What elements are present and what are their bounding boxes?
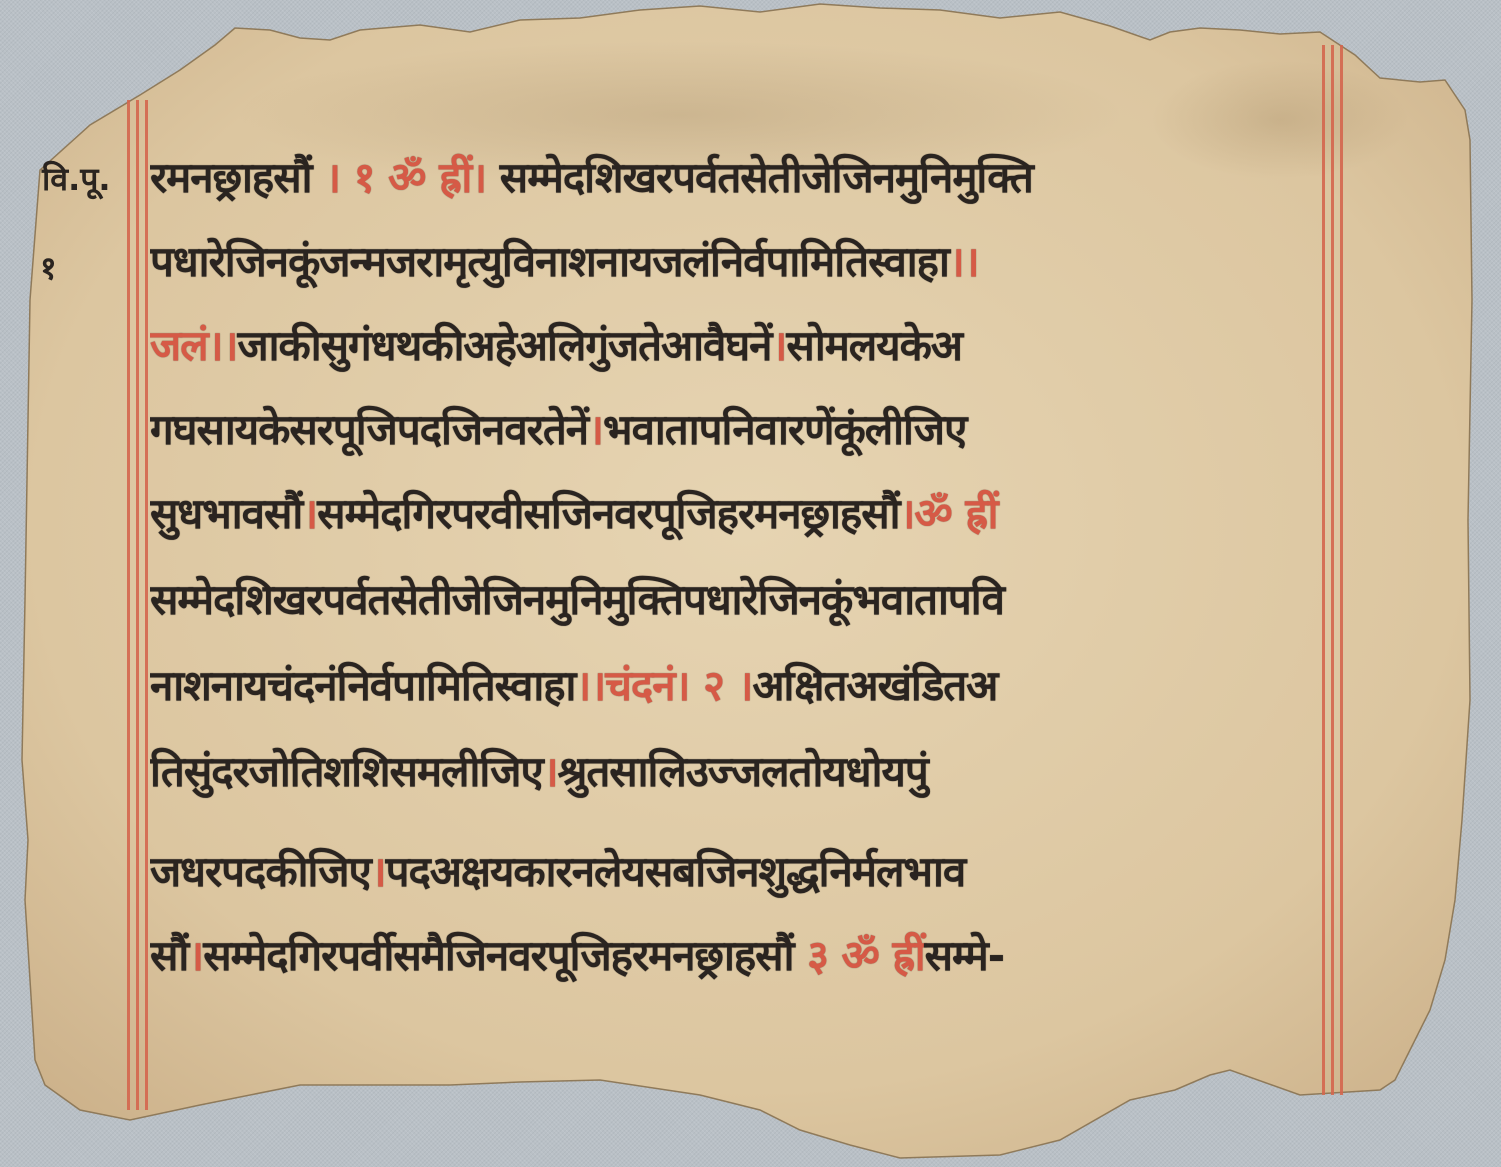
text-segment: गघसायकेसरपूजिपदजिनवरतेनें: [150, 405, 588, 454]
verse-number: । १: [325, 153, 388, 202]
rubric-om-hrim: ।ॐ ह्रीं: [899, 489, 997, 538]
text-segment: सौं: [150, 931, 188, 980]
right-border-rule: [1340, 45, 1343, 1095]
folio-number: १: [40, 246, 57, 289]
manuscript-folio: वि.पू. १ रमनछ्राहसौं । १ ॐ ह्रीं। सम्मेद…: [0, 0, 1501, 1167]
danda: ।: [371, 847, 386, 896]
text-segment: पधारेजिनकूंजन्मजरामृत्युविनाशनायजलंनिर्व…: [150, 237, 949, 286]
danda: ।: [588, 405, 603, 454]
text-segment: सुधभावसौं: [150, 489, 302, 538]
text-segment: जाकीसुगंधथकीअहेअलिगुंजतेआवैघनें: [237, 321, 771, 370]
text-segment: सम्मेदशिखरपर्वतसेतीजेजिनमुनिमुक्तिपधारेज…: [150, 575, 1004, 624]
text-line-2: पधारेजिनकूंजन्मजरामृत्युविनाशनायजलंनिर्व…: [150, 232, 1330, 292]
folio-title: वि.पू.: [42, 157, 111, 200]
text-segment: नाशनायचंदनंनिर्वपामितिस्वाहा: [150, 661, 575, 710]
danda: ।: [471, 153, 500, 202]
text-line-6: सम्मेदशिखरपर्वतसेतीजेजिनमुनिमुक्तिपधारेज…: [150, 570, 1330, 630]
right-border-rule: [1331, 45, 1334, 1095]
double-danda: ।।: [949, 237, 979, 286]
left-border-rule: [136, 100, 139, 1110]
text-line-3: जलं।।जाकीसुगंधथकीअहेअलिगुंजतेआवैघनें।सोम…: [150, 316, 1330, 376]
text-segment: जधरपदकीजिए: [150, 847, 371, 896]
text-segment: पदअक्षयकारनलेयसबजिनशुद्धनिर्मलभाव: [386, 847, 966, 896]
danda: ।: [772, 321, 787, 370]
text-segment: तिसुंदरजोतिशशिसमलीजिए: [150, 747, 543, 796]
rubric-jalam: जलं: [150, 321, 208, 370]
double-danda: ।।: [208, 321, 238, 370]
text-segment: सम्मेदगिरपर्वीसमैजिनवरपूजिहरमनछ्राहसौं: [203, 931, 793, 980]
text-segment: भवातापनिवारणेंकूंलीजिए: [603, 405, 966, 454]
text-segment: अक्षितअखंडितअ: [752, 661, 997, 710]
text-line-9: जधरपदकीजिए।पदअक्षयकारनलेयसबजिनशुद्धनिर्म…: [150, 842, 1330, 902]
text-line-8: तिसुंदरजोतिशशिसमलीजिए।श्रुतसालिउज्जलतोयध…: [150, 742, 1330, 802]
text-segment: सोमलयकेअ: [786, 321, 962, 370]
text-segment: सम्मेदगिरपरवीसजिनवरपूजिहरमनछ्राहसौं: [317, 489, 899, 538]
rubric-om-hrim: ॐ ह्रीं: [388, 153, 471, 202]
text-segment: सम्मे-: [925, 931, 1005, 980]
text-line-10: सौं।सम्मेदगिरपर्वीसमैजिनवरपूजिहरमनछ्राहस…: [150, 926, 1330, 986]
text-segment: श्रुतसालिउज्जलतोयधोयपुं: [558, 747, 928, 796]
text-line-1: रमनछ्राहसौं । १ ॐ ह्रीं। सम्मेदशिखरपर्वत…: [150, 148, 1330, 208]
rubric-om-hrim: ३ ॐ ह्रीं: [793, 931, 924, 980]
danda: ।: [302, 489, 317, 538]
text-segment: रमनछ्राहसौं: [150, 153, 325, 202]
danda: ।: [188, 931, 203, 980]
text-segment: सम्मेदशिखरपर्वतसेतीजेजिनमुनिमुक्ति: [500, 153, 1033, 202]
left-border-rule: [127, 100, 130, 1110]
left-border-rule: [145, 100, 148, 1110]
text-line-5: सुधभावसौं।सम्मेदगिरपरवीसजिनवरपूजिहरमनछ्र…: [150, 484, 1330, 544]
rubric-chandanam: ।।चंदनं। २ ।: [575, 661, 752, 710]
text-line-7: नाशनायचंदनंनिर्वपामितिस्वाहा।।चंदनं। २ ।…: [150, 656, 1330, 716]
text-line-4: गघसायकेसरपूजिपदजिनवरतेनें।भवातापनिवारणें…: [150, 400, 1330, 460]
danda: ।: [543, 747, 558, 796]
